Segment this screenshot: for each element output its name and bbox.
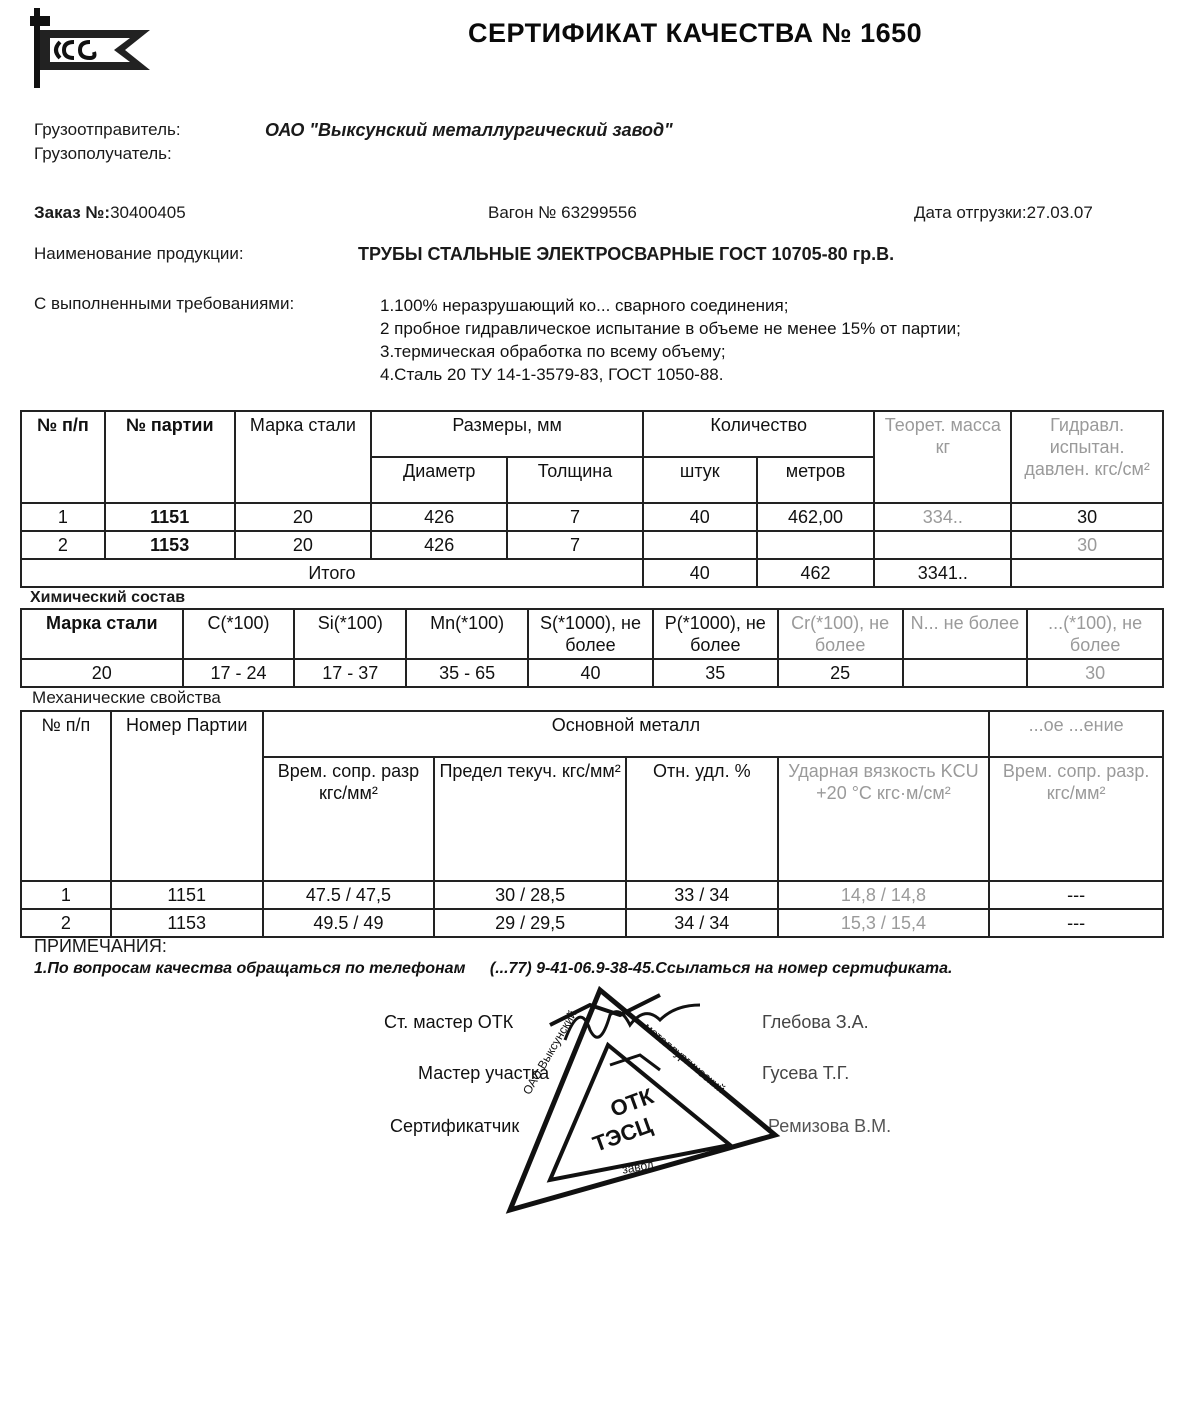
- cell-thickness: 7: [507, 503, 643, 531]
- cell-num: 1: [21, 503, 105, 531]
- chem-header: Mn(*100): [406, 609, 528, 659]
- cell-thickness: 7: [507, 531, 643, 559]
- shipper-value: ОАО "Выксунский металлургический завод": [265, 120, 673, 141]
- chem-value: 30: [1027, 659, 1163, 687]
- chem-row: 20 17 - 24 17 - 37 35 - 65 40 35 25 30: [21, 659, 1163, 687]
- total-mass: 3341..: [874, 559, 1011, 587]
- notes-text: 1.По вопросам качества обращаться по тел…: [34, 960, 465, 977]
- total-hydro: [1011, 559, 1163, 587]
- order-value: 30400405: [110, 203, 186, 222]
- cell-pcs: 40: [643, 503, 757, 531]
- cell-diameter: 426: [371, 503, 507, 531]
- shipper-label: Грузоотправитель:: [34, 120, 181, 140]
- cell-elong: 33 / 34: [626, 881, 778, 909]
- total-label: Итого: [21, 559, 643, 587]
- mech-col-base-metal: Основной металл: [263, 711, 990, 757]
- requirement-item: 3.термическая обработка по всему объему;: [380, 340, 961, 363]
- cell-mass: 334..: [874, 503, 1011, 531]
- chem-header: ...(*100), не более: [1027, 609, 1163, 659]
- requirements-list: 1.100% неразрушающий ко... сварного соед…: [380, 294, 961, 386]
- mech-col-batch: Номер Партии: [111, 711, 263, 881]
- cell-impact: 14,8 / 14,8: [778, 881, 990, 909]
- cell-pcs: [643, 531, 757, 559]
- cell-tensile: 49.5 / 49: [263, 909, 435, 937]
- mech-col-tensile: Врем. сопр. разр кгс/мм²: [263, 757, 435, 881]
- cell-num: 2: [21, 531, 105, 559]
- mech-col-yield: Предел текуч. кгс/мм²: [434, 757, 626, 881]
- mech-col-num: № п/п: [21, 711, 111, 881]
- col-hydro: Гидравл. испытан. давлен. кгс/см²: [1011, 411, 1163, 503]
- cell-mass: [874, 531, 1011, 559]
- notes-title: ПРИМЕЧАНИЯ:: [34, 936, 167, 957]
- cell-meters: [757, 531, 875, 559]
- cell-yield: 30 / 28,5: [434, 881, 626, 909]
- cell-diameter: 426: [371, 531, 507, 559]
- cell-batch: 1153: [105, 531, 235, 559]
- col-diameter: Диаметр: [371, 457, 507, 503]
- cell-impact: 15,3 / 15,4: [778, 909, 990, 937]
- cell-grade: 20: [235, 503, 372, 531]
- mech-col-weld-tensile: Врем. сопр. разр. кгс/мм²: [989, 757, 1163, 881]
- chem-value: 17 - 37: [294, 659, 406, 687]
- certificate-title: СЕРТИФИКАТ КАЧЕСТВА № 1650: [468, 18, 922, 49]
- requirement-item: 1.100% неразрушающий ко... сварного соед…: [380, 294, 961, 317]
- col-grade: Марка стали: [235, 411, 372, 503]
- cell-batch: 1153: [111, 909, 263, 937]
- cell-weld-tensile: ---: [989, 881, 1163, 909]
- col-sizes: Размеры, мм: [371, 411, 643, 457]
- mechanical-title: Механические свойства: [32, 688, 221, 708]
- wagon-number: Вагон № 63299556: [488, 203, 637, 223]
- col-batch: № партии: [105, 411, 235, 503]
- chem-header: Si(*100): [294, 609, 406, 659]
- chem-header: Cr(*100), не более: [778, 609, 903, 659]
- chem-value: 40: [528, 659, 653, 687]
- chem-header: N... не более: [903, 609, 1028, 659]
- chem-value: 35: [653, 659, 778, 687]
- mech-col-elong: Отн. удл. %: [626, 757, 778, 881]
- ship-date: Дата отгрузки:27.03.07: [914, 203, 1093, 223]
- chem-header: Марка стали: [21, 609, 183, 659]
- cell-tensile: 47.5 / 47,5: [263, 881, 435, 909]
- chem-value: 17 - 24: [183, 659, 295, 687]
- shipment-table: № п/п № партии Марка стали Размеры, мм К…: [20, 410, 1164, 588]
- cell-hydro: 30: [1011, 503, 1163, 531]
- chem-value: 25: [778, 659, 903, 687]
- col-meters: метров: [757, 457, 875, 503]
- notes-phone: (...77) 9-41-06.9-38-45.Ссылаться на ном…: [490, 960, 953, 977]
- company-logo-icon: [30, 8, 160, 88]
- cell-batch: 1151: [105, 503, 235, 531]
- wagon-value: 63299556: [561, 203, 637, 222]
- total-meters: 462: [757, 559, 875, 587]
- col-quantity: Количество: [643, 411, 875, 457]
- mech-col-impact: Ударная вязкость KCU +20 °C кгс·м/см²: [778, 757, 990, 881]
- chem-value: [903, 659, 1028, 687]
- chem-value: 20: [21, 659, 183, 687]
- mech-col-weld: ...ое ...ение: [989, 711, 1163, 757]
- col-mass: Теорет. масса кг: [874, 411, 1011, 503]
- ship-date-value: 27.03.07: [1027, 203, 1093, 222]
- signature-scribble-icon: [560, 1000, 710, 1050]
- table-row: 1 1151 20 426 7 40 462,00 334.. 30: [21, 503, 1163, 531]
- requirement-item: 2 пробное гидравлическое испытание в объ…: [380, 317, 961, 340]
- table-row: 1 1151 47.5 / 47,5 30 / 28,5 33 / 34 14,…: [21, 881, 1163, 909]
- col-pcs: штук: [643, 457, 757, 503]
- requirements-label: С выполненными требованиями:: [34, 294, 294, 314]
- chem-header: C(*100): [183, 609, 295, 659]
- order-label: Заказ №:: [34, 203, 110, 222]
- ship-date-label: Дата отгрузки:: [914, 203, 1027, 222]
- total-row: Итого 40 462 3341..: [21, 559, 1163, 587]
- cell-elong: 34 / 34: [626, 909, 778, 937]
- requirement-item: 4.Сталь 20 ТУ 14-1-3579-83, ГОСТ 1050-88…: [380, 363, 961, 386]
- product-value: ТРУБЫ СТАЛЬНЫЕ ЭЛЕКТРОСВАРНЫЕ ГОСТ 10705…: [358, 244, 894, 265]
- cell-meters: 462,00: [757, 503, 875, 531]
- cell-grade: 20: [235, 531, 372, 559]
- chem-header: P(*1000), не более: [653, 609, 778, 659]
- chem-value: 35 - 65: [406, 659, 528, 687]
- table-row: 2 1153 49.5 / 49 29 / 29,5 34 / 34 15,3 …: [21, 909, 1163, 937]
- order-number: Заказ №:30400405: [34, 203, 186, 223]
- col-thickness: Толщина: [507, 457, 643, 503]
- total-pcs: 40: [643, 559, 757, 587]
- cell-hydro: 30: [1011, 531, 1163, 559]
- cell-num: 1: [21, 881, 111, 909]
- product-label: Наименование продукции:: [34, 244, 244, 264]
- cell-num: 2: [21, 909, 111, 937]
- notes-line-1: 1.По вопросам качества обращаться по тел…: [34, 960, 952, 978]
- chemical-table: Марка стали C(*100) Si(*100) Mn(*100) S(…: [20, 608, 1164, 688]
- table-row: 2 1153 20 426 7 30: [21, 531, 1163, 559]
- wagon-label: Вагон №: [488, 203, 556, 222]
- cell-batch: 1151: [111, 881, 263, 909]
- cell-yield: 29 / 29,5: [434, 909, 626, 937]
- col-num: № п/п: [21, 411, 105, 503]
- chemical-title: Химический состав: [30, 589, 185, 607]
- mechanical-table: № п/п Номер Партии Основной металл ...ое…: [20, 710, 1164, 938]
- consignee-label: Грузополучатель:: [34, 144, 172, 164]
- chem-header: S(*1000), не более: [528, 609, 653, 659]
- cell-weld-tensile: ---: [989, 909, 1163, 937]
